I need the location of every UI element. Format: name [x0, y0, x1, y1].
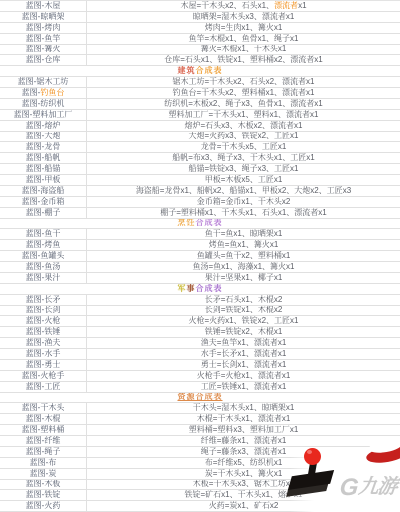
recipe-cell: 果汁=坚果x1、椰子x1: [87, 273, 400, 283]
9game-logo-text: 九游: [358, 476, 398, 498]
table-row: 蓝图-勇士勇士=长剑x1、漂流者x1: [0, 360, 400, 371]
recipe-table: 蓝图-木屋木屋=干木头x2、石头x1、漂流者x1蓝图-晾晒架晾晒架=湿木头x3、…: [0, 0, 400, 512]
joystick-ball: [304, 448, 321, 465]
9game-watermark-logo: G九游: [339, 470, 399, 502]
blueprint-label-cell: 蓝图-烤肉: [0, 23, 87, 33]
table-row: 蓝图-水手水手=长矛x1、漂流者x1: [0, 349, 400, 360]
table-row: 蓝图-鱼干鱼干=鱼x1、晾晒架x1: [0, 229, 400, 240]
guide-table-page: 蓝图-木屋木屋=干木头x2、石头x1、漂流者x1蓝图-晾晒架晾晒架=湿木头x3、…: [0, 0, 400, 512]
section-header-part: 事: [187, 285, 196, 293]
blueprint-label-cell: 蓝图-船帆: [0, 153, 87, 163]
blueprint-label-cell: 蓝图-长矛: [0, 295, 87, 305]
section-header-part: 合成表: [196, 219, 223, 227]
blueprint-label-cell: 蓝图-塑料加工厂: [0, 110, 87, 120]
blueprint-label-cell: 蓝图-篝火: [0, 45, 87, 55]
recipe-cell: 仓库=石头x1、铁锭x1、塑料桶x2、漂流者x1: [87, 55, 400, 65]
section-header-part: 资源合成表: [178, 393, 223, 401]
table-row: 蓝图-棚子棚子=塑料桶x1、干木头x1、石头x1、漂流者x1: [0, 208, 400, 219]
blueprint-label-cell: 蓝图-仓库: [0, 55, 87, 65]
recipe-cell: 船锚=铁锭x3、绳子x3、工匠x1: [87, 164, 400, 174]
blueprint-label-cell: 蓝图-干木头: [0, 403, 87, 413]
recipe-cell: 水手=长矛x1、漂流者x1: [87, 349, 400, 359]
table-row: 蓝图-火枪火枪=火药x1、铁锭x2、工匠x1: [0, 316, 400, 327]
section-header-row: 资源合成表: [0, 393, 400, 404]
section-header-part: 建筑: [178, 67, 196, 75]
blueprint-label-cell: 蓝图-熔炉: [0, 121, 87, 131]
table-row: 蓝图-长剑长剑=铁锭x1、木棍x2: [0, 306, 400, 317]
recipe-cell: 篝火=木棍x1、干木头x1: [87, 45, 400, 55]
blueprint-label-cell: 蓝图-火枪手: [0, 371, 87, 381]
table-row: 蓝图-铁锤铁锤=铁锭x2、木棍x1: [0, 327, 400, 338]
blueprint-label-cell: 蓝图-勇士: [0, 360, 87, 370]
recipe-cell: 大炮=火药x3、铁锭x2、工匠x1: [87, 132, 400, 142]
table-row: 蓝图-鱼罐头鱼罐头=鱼干x2、塑料桶x1: [0, 251, 400, 262]
9game-logo-letter: G: [339, 474, 360, 501]
recipe-cell: 长矛=石头x1、木棍x2: [87, 295, 400, 305]
highlighted-keyword: 钓鱼台: [40, 89, 64, 97]
recipe-cell: 晾晒架=湿木头x3、漂流者x1: [87, 12, 400, 22]
recipe-cell: 船帆=布x3、绳子x3、干木头x1、工匠x1: [87, 153, 400, 163]
blueprint-label-cell: 蓝图-果汁: [0, 273, 87, 283]
recipe-cell: 烤肉=生肉x1、篝火x1: [87, 23, 400, 33]
blueprint-label-cell: 蓝图-海盗船: [0, 186, 87, 196]
recipe-cell: 塑料加工厂=干木头x1、塑料x1、漂流者x1: [87, 110, 400, 120]
blueprint-label-cell: 蓝图-水手: [0, 349, 87, 359]
table-row: 蓝图-木棍木棍=干木头x1、漂流者x1: [0, 414, 400, 425]
table-row: 蓝图-烤肉烤肉=生肉x1、篝火x1: [0, 23, 400, 34]
recipe-cell: 锯木工坊=干木头x2、石头x2、漂流者x1: [87, 77, 400, 87]
recipe-cell: 棚子=塑料桶x1、干木头x1、石头x1、漂流者x1: [87, 208, 400, 218]
table-row: 蓝图-大炮大炮=火药x3、铁锭x2、工匠x1: [0, 132, 400, 143]
table-row: 蓝图-熔炉熔炉=石头x3、木板x2、漂流者x1: [0, 121, 400, 132]
blueprint-label-cell: 蓝图-长剑: [0, 306, 87, 316]
highlighted-keyword: 漂流者: [274, 2, 298, 10]
recipe-cell: 熔炉=石头x3、木板x2、漂流者x1: [87, 121, 400, 131]
recipe-cell: 鱼竿=木棍x1、鱼骨x1、绳子x1: [87, 34, 400, 44]
blueprint-label-cell: 蓝图-钓鱼台: [0, 88, 87, 98]
recipe-cell: 鱼干=鱼x1、晾晒架x1: [87, 229, 400, 239]
blueprint-label-cell: 蓝图-铁锭: [0, 490, 87, 500]
recipe-cell: 龙骨=干木头x5、工匠x1: [87, 142, 400, 152]
table-row: 蓝图-塑料加工厂塑料加工厂=干木头x1、塑料x1、漂流者x1: [0, 110, 400, 121]
blueprint-label-cell: 蓝图-棚子: [0, 208, 87, 218]
section-header-part: 军: [178, 285, 187, 293]
table-row: 蓝图-甲板甲板=木板x5、工匠x1: [0, 175, 400, 186]
table-row: 蓝图-纤维纤维=藤条x1、漂流者x1: [0, 436, 400, 447]
table-row: 蓝图-鱼竿鱼竿=木棍x1、鱼骨x1、绳子x1: [0, 34, 400, 45]
blueprint-label-cell: 蓝图-纤维: [0, 436, 87, 446]
table-row: 蓝图-烤鱼烤鱼=鱼x1、篝火x1: [0, 240, 400, 251]
table-row: 蓝图-锯木工坊锯木工坊=干木头x2、石头x2、漂流者x1: [0, 77, 400, 88]
recipe-cell: 金币箱=金币x1、干木头x2: [87, 197, 400, 207]
table-row: 蓝图-仓库仓库=石头x1、铁锭x1、塑料桶x2、漂流者x1: [0, 55, 400, 66]
table-row: 蓝图-船锚船锚=铁锭x3、绳子x3、工匠x1: [0, 164, 400, 175]
blueprint-label-cell: 蓝图-火枪: [0, 316, 87, 326]
section-header-part: 合成表: [196, 285, 223, 293]
blueprint-label-cell: 蓝图-纺织机: [0, 99, 87, 109]
blueprint-label-cell: 蓝图-木屋: [0, 1, 87, 11]
section-header-part: 烹饪: [178, 219, 196, 227]
blueprint-label-cell: 蓝图-金币箱: [0, 197, 87, 207]
blueprint-label-cell: 蓝图-木棍: [0, 414, 87, 424]
section-header-title: 建筑合成表: [0, 66, 400, 76]
table-row: 蓝图-龙骨龙骨=干木头x5、工匠x1: [0, 142, 400, 153]
recipe-cell: 木屋=干木头x2、石头x1、漂流者x1: [87, 1, 400, 11]
recipe-cell: 长剑=铁锭x1、木棍x2: [87, 306, 400, 316]
blueprint-label-cell: 蓝图-鱼罐头: [0, 251, 87, 261]
recipe-cell: 火枪手=火枪x1、漂流者x1: [87, 371, 400, 381]
recipe-cell: 渔夫=鱼竿x1、漂流者x1: [87, 338, 400, 348]
table-row: 蓝图-篝火篝火=木棍x1、干木头x1: [0, 45, 400, 56]
blueprint-label-cell: 蓝图-鱼竿: [0, 34, 87, 44]
joystick-icon: [289, 448, 335, 502]
blueprint-label-cell: 蓝图-塑料桶: [0, 425, 87, 435]
blueprint-label-cell: 蓝图-炭: [0, 469, 87, 479]
table-row: 蓝图-船帆船帆=布x3、绳子x3、干木头x1、工匠x1: [0, 153, 400, 164]
table-row: 蓝图-海盗船海盗船=龙骨x1、船帆x2、船锚x1、甲板x2、大炮x2、工匠x3: [0, 186, 400, 197]
recipe-cell: 鱼汤=鱼x1、海藻x1、篝火x1: [87, 262, 400, 272]
recipe-cell: 甲板=木板x5、工匠x1: [87, 175, 400, 185]
recipe-cell: 纺织机=木板x2、绳子x3、鱼骨x1、漂流者x1: [87, 99, 400, 109]
recipe-cell: 鱼罐头=鱼干x2、塑料桶x1: [87, 251, 400, 261]
recipe-cell: 纤维=藤条x1、漂流者x1: [87, 436, 400, 446]
table-row: 蓝图-钓鱼台钓鱼台=干木头x2、塑料桶x1、漂流者x1: [0, 88, 400, 99]
recipe-cell: 勇士=长剑x1、漂流者x1: [87, 360, 400, 370]
section-header-row: 烹饪合成表: [0, 219, 400, 230]
table-row: 蓝图-纺织机纺织机=木板x2、绳子x3、鱼骨x1、漂流者x1: [0, 99, 400, 110]
blueprint-label-cell: 蓝图-渔夫: [0, 338, 87, 348]
section-header-part: 合成表: [196, 67, 223, 75]
recipe-cell: 钓鱼台=干木头x2、塑料桶x1、漂流者x1: [87, 88, 400, 98]
blueprint-label-cell: 蓝图-甲板: [0, 175, 87, 185]
blueprint-label-cell: 蓝图-火药: [0, 501, 87, 511]
table-row: 蓝图-鱼汤鱼汤=鱼x1、海藻x1、篝火x1: [0, 262, 400, 273]
table-row: 蓝图-晾晒架晾晒架=湿木头x3、漂流者x1: [0, 12, 400, 23]
blueprint-label-cell: 蓝图-龙骨: [0, 142, 87, 152]
section-header-title: 军事合成表: [0, 284, 400, 294]
blueprint-label-cell: 蓝图-工匠: [0, 382, 87, 392]
table-row: 蓝图-塑料桶塑料桶=塑料x3、塑料加工厂x1: [0, 425, 400, 436]
section-header-row: 军事合成表: [0, 284, 400, 295]
table-row: 蓝图-火枪手火枪手=火枪x1、漂流者x1: [0, 371, 400, 382]
blueprint-label-cell: 蓝图-木板: [0, 480, 87, 490]
recipe-cell: 铁锤=铁锭x2、木棍x1: [87, 327, 400, 337]
blueprint-label-cell: 蓝图-大炮: [0, 132, 87, 142]
table-row: 蓝图-金币箱金币箱=金币x1、干木头x2: [0, 197, 400, 208]
recipe-cell: 海盗船=龙骨x1、船帆x2、船锚x1、甲板x2、大炮x2、工匠x3: [87, 186, 400, 196]
section-header-title: 烹饪合成表: [0, 219, 400, 229]
blueprint-label-cell: 蓝图-晾晒架: [0, 12, 87, 22]
recipe-cell: 工匠=铁锤x1、漂流者x1: [87, 382, 400, 392]
recipe-cell: 干木头=湿木头x1、晾晒架x1: [87, 403, 400, 413]
recipe-cell: 木棍=干木头x1、漂流者x1: [87, 414, 400, 424]
section-header-row: 建筑合成表: [0, 66, 400, 77]
recipe-cell: 塑料桶=塑料x3、塑料加工厂x1: [87, 425, 400, 435]
blueprint-label-cell: 蓝图-铁锤: [0, 327, 87, 337]
blueprint-label-cell: 蓝图-鱼干: [0, 229, 87, 239]
recipe-cell: 火枪=火药x1、铁锭x2、工匠x1: [87, 316, 400, 326]
blueprint-label-cell: 蓝图-烤鱼: [0, 240, 87, 250]
table-row: 蓝图-长矛长矛=石头x1、木棍x2: [0, 295, 400, 306]
table-row: 蓝图-干木头干木头=湿木头x1、晾晒架x1: [0, 403, 400, 414]
blueprint-label-cell: 蓝图-锯木工坊: [0, 77, 87, 87]
blueprint-label-cell: 蓝图-布: [0, 458, 87, 468]
section-header-title: 资源合成表: [0, 393, 400, 403]
blueprint-label-cell: 蓝图-船锚: [0, 164, 87, 174]
table-row: 蓝图-木屋木屋=干木头x2、石头x1、漂流者x1: [0, 1, 400, 12]
blueprint-label-cell: 蓝图-绳子: [0, 447, 87, 457]
table-row: 蓝图-果汁果汁=坚果x1、椰子x1: [0, 273, 400, 284]
table-row: 蓝图-渔夫渔夫=鱼竿x1、漂流者x1: [0, 338, 400, 349]
blueprint-label-cell: 蓝图-鱼汤: [0, 262, 87, 272]
recipe-cell: 烤鱼=鱼x1、篝火x1: [87, 240, 400, 250]
table-row: 蓝图-工匠工匠=铁锤x1、漂流者x1: [0, 382, 400, 393]
